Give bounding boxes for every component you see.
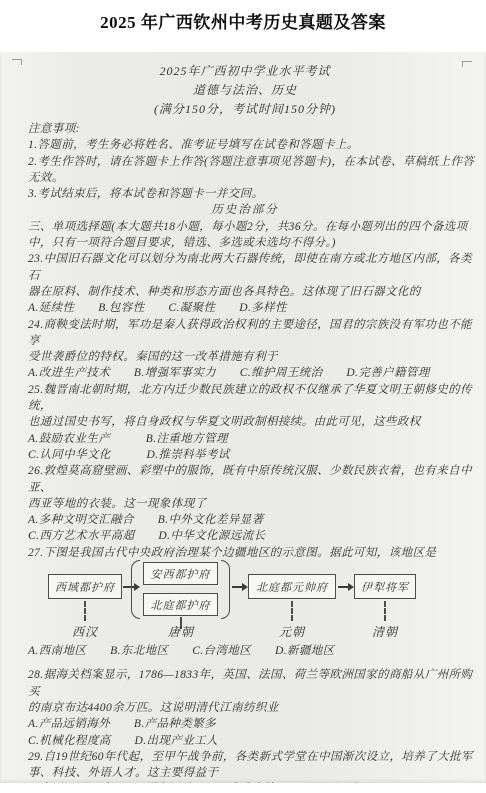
scan-corner-mark-right bbox=[462, 61, 472, 67]
text-line: 石 bbox=[28, 268, 462, 284]
text-line: 1.答题前，考生务必将姓名、准考证号填写在试卷和答题卡上。 bbox=[28, 137, 462, 153]
page-bottom-margin bbox=[0, 783, 486, 793]
exam-score-time-line: (满分150分，考试时间150分钟) bbox=[28, 100, 462, 119]
text-line: A.产品远销海外 B.产品种类繁多 bbox=[28, 716, 462, 732]
text-line: 28.据海关档案显示，1786—1833年，英国、法国、荷兰等欧洲国家的商船从广… bbox=[28, 667, 462, 683]
text-line: 受世袭爵位的特权。秦国的这一改革措施有利于 bbox=[28, 349, 462, 365]
text-line: C.机械化程度高 D.出现产业工人 bbox=[28, 733, 462, 749]
exam-header: 2025年广西初中学业水平考试 道德与法治、历史 (满分150分，考试时间150… bbox=[28, 62, 462, 119]
text-line: 中，只有一项符合题目要求，错选、多选或未选均不得分。) bbox=[28, 235, 462, 251]
text-line: 27.下图是我国古代中央政府治理某个边疆地区的示意图。据此可知，该地区是 bbox=[28, 545, 462, 561]
dashed-connector-han bbox=[84, 601, 86, 621]
text-line: 买 bbox=[28, 684, 462, 700]
q27-options-line: A.西南地区 B.东北地区 C.台湾地区 D.新疆地区 bbox=[28, 643, 462, 659]
text-line: C.认同中华文化 D.推崇科举考试 bbox=[28, 447, 462, 463]
questions-bottom-block: 28.据海关档案显示，1786—1833年，英国、法国、荷兰等欧洲国家的商船从广… bbox=[28, 667, 462, 793]
text-line: A.多种文明交汇融合 B.中外文化差异显著 bbox=[28, 512, 462, 528]
text-line: 享 bbox=[28, 333, 462, 349]
text-line: 3.考试结束后，将本试卷和答题卡一并交回。 bbox=[28, 186, 462, 202]
questions-top-block: 注意事项:1.答题前，考生务必将姓名、准考证号填写在试卷和答题卡上。2.考生作答… bbox=[28, 121, 462, 561]
exam-title-line: 2025年广西初中学业水平考试 bbox=[28, 62, 462, 81]
text-line: 24.商鞅变法时期，军功是秦人获得政治权利的主要途径，国君的宗族没有军功也不能 bbox=[28, 317, 462, 333]
exam-subject-line: 道德与法治、历史 bbox=[28, 81, 462, 100]
diagram-box-xiyu-duhufu: 西域都护府 bbox=[48, 574, 122, 599]
text-line: 26.敦煌莫高窟壁画、彩塑中的服饰，既有中原传统汉服、少数民族衣着，也有来自中 bbox=[28, 463, 462, 479]
dashed-connector-yuan bbox=[291, 601, 293, 621]
page-title: 2025 年广西钦州中考历史真题及答案 bbox=[0, 8, 486, 33]
text-line: A.鼓励农业生产 B.注重地方管理 bbox=[28, 431, 462, 447]
dynasty-label-yuan: 元朝 bbox=[267, 623, 317, 640]
text-line: 也通过国史书写，将自身政权与华夏文明政制相接续。由此可见，这些政权 bbox=[28, 414, 462, 430]
text-line: 西亚等地的衣装。这一现象体现了 bbox=[28, 496, 462, 512]
text-line: 历史治部分 bbox=[28, 202, 462, 218]
bracket-left bbox=[131, 560, 140, 619]
text-line: 注意事项: bbox=[28, 121, 462, 137]
arrow-connector-2 bbox=[232, 586, 242, 588]
text-line: 2.考生作答时，请在答题卡上作答(答题注意事项见答题卡)，在本试卷、草稿纸上作答 bbox=[28, 154, 462, 170]
scan-content: 2025年广西初中学业水平考试 道德与法治、历史 (满分150分，考试时间150… bbox=[28, 52, 462, 793]
text-line: 25.魏晋南北朝时期，北方内迁少数民族建立的政权不仅继承了华夏文明王朝修史的传 bbox=[28, 382, 462, 398]
text-line: A.延续性 B.包容性 C.凝聚性 D.多样性 bbox=[28, 300, 462, 316]
text-line: 事、科技、外语人才。这主要得益于 bbox=[28, 765, 462, 781]
dashed-connector-qing bbox=[384, 601, 386, 621]
text-line: 无效。 bbox=[28, 170, 462, 186]
dynasty-label-xihan: 西汉 bbox=[60, 623, 110, 640]
text-line: A.改进生产技术 B.增强军事实力 C.维护周王统治 D.完善户籍管理 bbox=[28, 365, 462, 381]
diagram-box-yili-jiangjun: 伊犁将军 bbox=[354, 574, 416, 599]
diagram-box-beiting-duhufu: 北庭都护府 bbox=[143, 593, 218, 616]
scan-corner-mark-left bbox=[12, 59, 22, 65]
text-line: 亚、 bbox=[28, 480, 462, 496]
text-line: C.西方艺术水平高超 D.中华文化源远流长 bbox=[28, 528, 462, 544]
bracket-right bbox=[221, 560, 230, 619]
dynasty-label-tang: 唐朝 bbox=[156, 623, 206, 640]
text-line: 23.中国旧石器文化可以划分为南北两大石器传统，即使在南方或北方地区内部，各类 bbox=[28, 251, 462, 267]
document-page: 2025 年广西钦州中考历史真题及答案 2025年广西初中学业水平考试 道德与法… bbox=[0, 0, 486, 793]
text-line: 三、单项选择题(本大题共18小题，每小题2分，共36分。在每小题列出的四个备选项 bbox=[28, 219, 462, 235]
text-line: 的南京布达4400余万匹。这说明清代江南纺织业 bbox=[28, 700, 462, 716]
arrow-connector-3 bbox=[338, 586, 348, 588]
diagram-box-anxi-duhufu: 安西都护府 bbox=[143, 562, 218, 585]
dynasty-label-qing: 清朝 bbox=[360, 623, 410, 640]
text-line: 29.自19世纪60年代起，至甲午战争前，各类新式学堂在中国渐次设立，培养了大批… bbox=[28, 749, 462, 765]
scanned-exam-image: 2025年广西初中学业水平考试 道德与法治、历史 (满分150分，考试时间150… bbox=[0, 52, 486, 783]
text-line: 器在原料、制作技术、种类和形态方面也各具特色。这体现了旧石器文化的 bbox=[28, 284, 462, 300]
diagram-box-beiting-yuanshuaifu: 北庭都元帅府 bbox=[248, 574, 336, 599]
q27-governance-diagram: 西域都护府 安西都护府 北庭都护府 北庭都元帅府 伊犁将军 西汉 唐朝 元朝 清… bbox=[28, 563, 462, 643]
text-line: 统， bbox=[28, 398, 462, 414]
